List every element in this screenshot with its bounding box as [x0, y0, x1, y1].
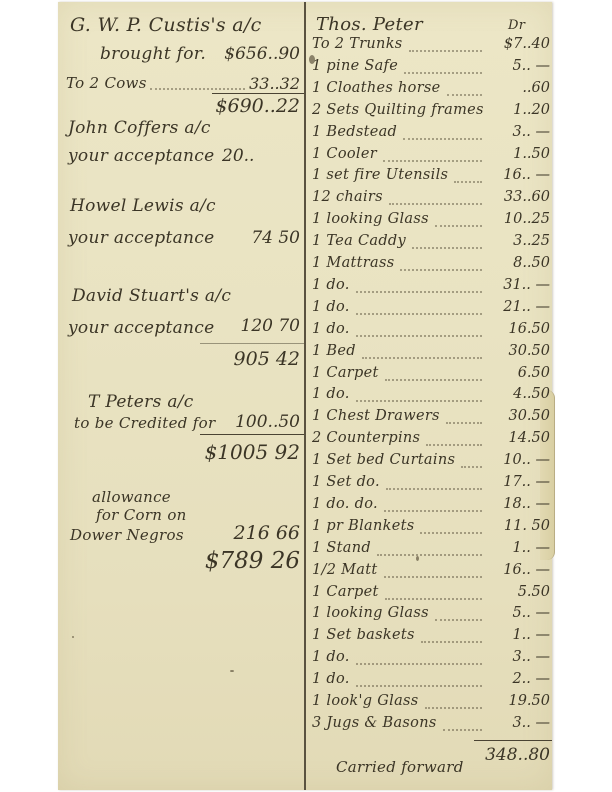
peters-account-label: T Peters a/c — [88, 392, 194, 412]
item-description: 1 do. — [312, 671, 350, 687]
cows-label: To 2 Cows — [66, 74, 147, 92]
leader-dots — [412, 247, 482, 249]
leader-dots — [362, 357, 482, 359]
allowance-label-line2: for Corn on — [96, 506, 187, 524]
leader-dots — [384, 510, 482, 512]
leader-dots — [377, 554, 482, 556]
item-description: 1 Cloathes horse — [312, 80, 441, 96]
item-description: 1 look'g Glass — [312, 693, 419, 709]
item-description: 1 Bedstead — [312, 124, 397, 140]
item-amount: 31.. — — [480, 277, 550, 293]
item-amount: 16.. — — [480, 562, 550, 578]
peters-credit-label: to be Credited for — [74, 414, 215, 432]
leader-dots — [421, 641, 482, 643]
item-description: 1 Set bed Curtains — [312, 452, 455, 468]
leader-dots — [435, 225, 482, 227]
leader-dots — [420, 532, 482, 534]
item-amount: 19.50 — [480, 693, 550, 709]
leader-dots — [403, 138, 482, 140]
carried-forward-rule — [474, 740, 552, 741]
item-description: 1 do. — [312, 386, 350, 402]
carried-forward-total: 348..80 — [470, 745, 550, 765]
item-description: 3 Jugs & Basons — [312, 715, 437, 731]
peters-credit-amount: 100..50 — [220, 412, 300, 432]
item-description: 1 Cooler — [312, 146, 377, 162]
item-amount: 3..25 — [480, 233, 550, 249]
item-amount: 1.. — — [480, 627, 550, 643]
leader-dots — [404, 72, 482, 74]
coffers-amount: 20.. — [222, 146, 272, 166]
leader-dots — [386, 488, 482, 490]
stuart-amount: 120 70 — [210, 316, 300, 336]
leader-dots — [385, 598, 482, 600]
coffers-acceptance-label: your acceptance — [68, 146, 214, 166]
ink-spot — [230, 670, 234, 672]
item-amount: 16.50 — [480, 321, 550, 337]
leader-dots — [356, 400, 482, 402]
leader-dots — [426, 444, 482, 446]
leader-dots — [356, 291, 482, 293]
allowance-label-line3: Dower Negros — [70, 526, 184, 544]
item-amount: 18.. — — [480, 496, 550, 512]
item-description: 1/2 Matt — [312, 562, 378, 578]
item-amount: 6.50 — [480, 365, 550, 381]
leader-dots — [400, 269, 482, 271]
item-amount: ..60 — [480, 80, 550, 96]
lewis-acceptance-label: your acceptance — [68, 228, 214, 248]
item-amount: 8..50 — [480, 255, 550, 271]
leader-dots — [435, 619, 482, 621]
item-amount: 33..60 — [480, 189, 550, 205]
ink-spot — [416, 556, 419, 561]
item-amount: 2.. — — [480, 671, 550, 687]
item-description: 1 looking Glass — [312, 605, 429, 621]
leader-dots — [409, 50, 482, 52]
faint-rule — [200, 343, 304, 344]
debit-abbrev: Dr — [508, 18, 525, 33]
ink-spot — [72, 636, 74, 638]
leader-dots — [385, 379, 482, 381]
leader-dots — [447, 94, 482, 96]
item-description: 1 Set baskets — [312, 627, 415, 643]
lewis-account-label: Howel Lewis a/c — [70, 196, 216, 216]
item-description: 1 do. — [312, 277, 350, 293]
total-rule — [200, 434, 304, 435]
stuart-account-label: David Stuart's a/c — [72, 286, 231, 306]
item-description: 1 Set do. — [312, 474, 380, 490]
item-amount: 5.50 — [480, 584, 550, 600]
leader-dots — [425, 707, 482, 709]
brought-forward-label: brought for. — [100, 44, 206, 64]
item-description: To 2 Trunks — [312, 36, 403, 52]
carried-forward-label: Carried forward — [336, 758, 464, 776]
leader-dots — [389, 203, 482, 205]
allowance-amount: 216 66 — [200, 522, 300, 544]
item-description: 1 do. — [312, 649, 350, 665]
subtotal-rule — [212, 93, 304, 94]
allowance-label-line1: allowance — [92, 488, 171, 506]
item-description: 1 pr Blankets — [312, 518, 414, 534]
leader-dots — [356, 335, 482, 337]
item-amount: 4..50 — [480, 386, 550, 402]
item-amount: 3.. — — [480, 715, 550, 731]
leader-dots — [383, 160, 482, 162]
item-amount: 10.. — — [480, 452, 550, 468]
item-description: 1 pine Safe — [312, 58, 398, 74]
leader-dots — [384, 576, 482, 578]
item-description: 2 Sets Quilting frames — [312, 102, 484, 118]
leader-dots — [443, 729, 482, 731]
item-description: 12 chairs — [312, 189, 383, 205]
leader-dots — [461, 466, 482, 468]
item-amount: 16.. — — [480, 167, 550, 183]
item-description: 1 Carpet — [312, 365, 379, 381]
item-amount: 3.. — — [480, 649, 550, 665]
item-amount: 5.. — — [480, 605, 550, 621]
item-description: 1 Carpet — [312, 584, 379, 600]
item-amount: $7..40 — [480, 36, 550, 52]
column-divider — [304, 2, 306, 790]
item-amount: 14.50 — [480, 430, 550, 446]
coffers-account-label: John Coffers a/c — [68, 118, 211, 138]
subtotal-amount: $690..22 — [200, 95, 300, 117]
leader-dots — [356, 663, 482, 665]
stuart-acceptance-label: your acceptance — [68, 318, 214, 338]
final-total: $789 26 — [170, 548, 300, 574]
lewis-amount: 74 50 — [220, 228, 300, 248]
item-amount: 21.. — — [480, 299, 550, 315]
item-amount: 30.50 — [480, 343, 550, 359]
item-description: 1 Stand — [312, 540, 371, 556]
item-amount: 11. 50 — [480, 518, 550, 534]
item-description: 1 do. — [312, 321, 350, 337]
item-amount: 1..20 — [480, 102, 550, 118]
item-amount: 3.. — — [480, 124, 550, 140]
running-total: $1005 92 — [170, 440, 300, 464]
item-description: 1 set fire Utensils — [312, 167, 448, 183]
leader-dots — [446, 422, 482, 424]
item-amount: 17.. — — [480, 474, 550, 490]
item-amount: 5.. — — [480, 58, 550, 74]
item-description: 1 Chest Drawers — [312, 408, 440, 424]
item-description: 1 Tea Caddy — [312, 233, 406, 249]
cows-amount: 33..32 — [220, 74, 300, 93]
brought-forward-amount: $656..90 — [200, 44, 300, 64]
item-description: 2 Counterpins — [312, 430, 420, 446]
leader-dots — [454, 181, 482, 183]
item-amount: 1..50 — [480, 146, 550, 162]
item-description: 1 Mattrass — [312, 255, 394, 271]
item-description: 1 do. do. — [312, 496, 378, 512]
item-description: 1 do. — [312, 299, 350, 315]
item-amount: 30.50 — [480, 408, 550, 424]
item-description: 1 looking Glass — [312, 211, 429, 227]
second-subtotal: 905 42 — [200, 348, 300, 370]
leader-dots — [356, 685, 482, 687]
thos-peter-heading: Thos. Peter — [316, 14, 423, 35]
leader-dots — [356, 313, 482, 315]
item-amount: 1.. — — [480, 540, 550, 556]
item-amount: 10..25 — [480, 211, 550, 227]
item-description: 1 Bed — [312, 343, 356, 359]
custis-account-heading: G. W. P. Custis's a/c — [70, 14, 262, 36]
